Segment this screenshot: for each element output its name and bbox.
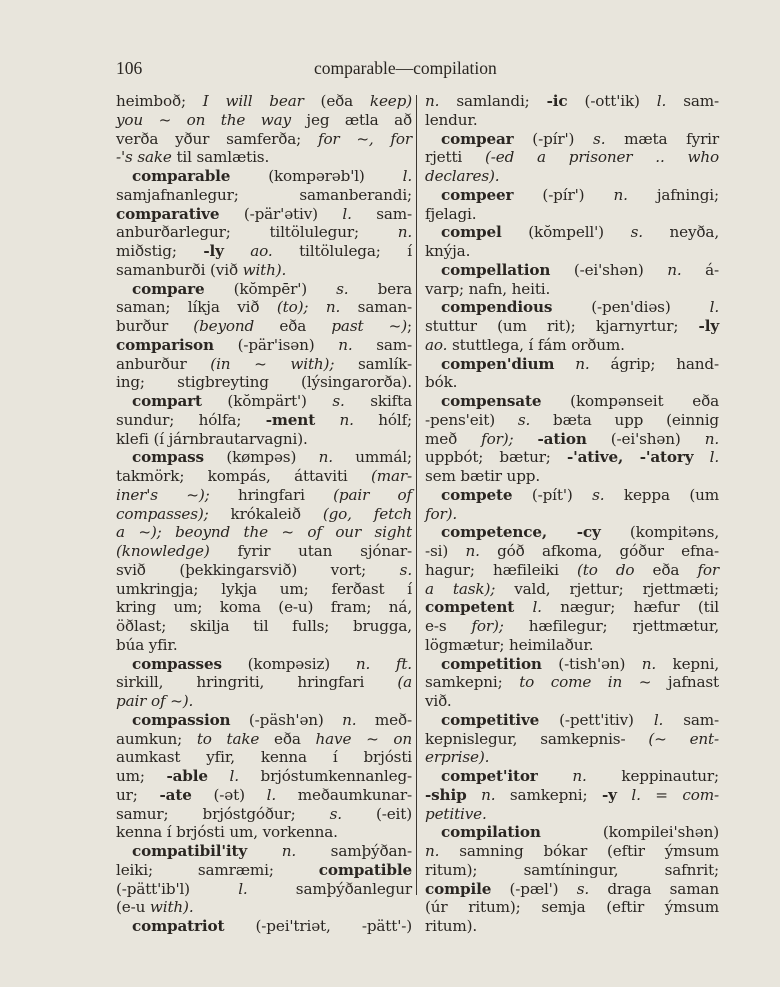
entry-line: -pens'eit) s. bæta upp (einnig [425,411,719,430]
entry-line: declares). [425,167,719,186]
left-column: heimboð; I will bear (eða keep)you ~ on … [116,92,412,936]
entry-line: varp; nafn, heiti. [425,280,719,299]
entry-line: uppbót; bætur; -'ative, -'atory l. [425,448,719,467]
entry-line: lögmætur; heimilaður. [425,636,719,655]
entry-line: a ~); beoynd the ~ of our sight [116,523,412,542]
entry-line: n. samlandi; -ic (-ott'ik) l. sam- [425,92,719,111]
entry-line: rjetti (-ed a prisoner .. who [425,148,719,167]
entry-line: ritum). [425,917,719,936]
dictionary-page: 106 comparable—compilation heimboð; I wi… [0,0,780,987]
entry-headline: compasses (kompəsiz) n. ft. [116,655,412,674]
entry-line: comparison (-pär'isən) n. sam- [116,336,412,355]
entry-headline: compatriot (-pei'triət, -pätt'-) [116,917,412,936]
entry-line: lendur. [425,111,719,130]
entry-line: heimboð; I will bear (eða keep) [116,92,412,111]
entry-line: anburður (in ~ with); samlík- [116,355,412,374]
entry-line: comparative (-pär'ətiv) l. sam- [116,205,412,224]
entry-line: búa yfir. [116,636,412,655]
entry-headline: compare (kŏmpēr') s. bera [116,280,412,299]
entry-line: kring um; koma (e-u) fram; ná, [116,598,412,617]
entry-headline: compeer (-pír') n. jafningi; [425,186,719,205]
entry-line: -'s sake til samlætis. [116,148,412,167]
entry-line: fjelagi. [425,205,719,224]
entry-line: competent l. nægur; hæfur (til [425,598,719,617]
entry-line: kenna í brjósti um, vorkenna. [116,823,412,842]
entry-line: klefi (í járnbrautarvagni). [116,430,412,449]
entry-line: compile (-pæl') s. draga saman [425,880,719,899]
entry-line: við. [425,692,719,711]
entry-headline: competence, -cy (kompitəns, [425,523,719,542]
entry-line: e-s for); hæfilegur; rjettmætur, [425,617,719,636]
entry-line: -ship n. samkepni; -y l. = com- [425,786,719,805]
entry-line: burður (beyond eða past ~); [116,317,412,336]
entry-headline: compet'itor n. keppinautur; [425,767,719,786]
entry-line: knýja. [425,242,719,261]
entry-line: leiki; samræmi; compatible [116,861,412,880]
entry-line: petitive. [425,805,719,824]
entry-headline: competition (-tish'ən) n. kepni, [425,655,719,674]
entry-line: n. samning bókar (eftir ýmsum [425,842,719,861]
entry-line: bók. [425,373,719,392]
entry-line: iner's ~); hringfari (pair of [116,486,412,505]
entry-line: samkepni; to come in ~ jafnast [425,673,719,692]
entry-line: samanburði (við with). [116,261,412,280]
entry-line: (e-u with). [116,898,412,917]
entry-line: samjafnanlegur; samanberandi; [116,186,412,205]
entry-headline: compass (kømpəs) n. ummál; [116,448,412,467]
entry-line: (knowledge) fyrir utan sjónar- [116,542,412,561]
entry-headline: compensate (kompənseit eða [425,392,719,411]
entry-line: miðstig; -ly ao. tiltölulega; í [116,242,412,261]
entry-line: ritum); samtíningur, safnrit; [425,861,719,880]
entry-line: you ~ on the way jeg ætla að [116,111,412,130]
entry-line: (-pätt'ib'l) l. samþýðanlegur [116,880,412,899]
entry-line: kepnislegur, samkepnis- (~ ent- [425,730,719,749]
entry-line: um; -able l. brjóstumkennanleg- [116,767,412,786]
entry-line: ing; stigbreyting (lýsingarorða). [116,373,412,392]
entry-line: -si) n. góð afkoma, góður efna- [425,542,719,561]
entry-line: aumkast yfir, kenna í brjósti [116,748,412,767]
entry-line: takmörk; kompás, áttaviti (mar- [116,467,412,486]
entry-headline: compart (kŏmpärt') s. skifta [116,392,412,411]
entry-line: (úr ritum); semja (eftir ýmsum [425,898,719,917]
entry-headline: compassion (-päsh'ən) n. með- [116,711,412,730]
right-column: n. samlandi; -ic (-ott'ik) l. sam-lendur… [425,92,719,936]
entry-headline: compear (-pír') s. mæta fyrir [425,130,719,149]
entry-headline: compellation (-ei'shən) n. á- [425,261,719,280]
entry-headline: competitive (-pett'itiv) l. sam- [425,711,719,730]
entry-line: a task); vald, rjettur; rjettmæti; [425,580,719,599]
entry-line: ur; -ate (-ət) l. meðaumkunar- [116,786,412,805]
entry-line: umkringja; lykja um; ferðast í [116,580,412,599]
entry-range-heading: comparable—compilation [314,58,497,79]
entry-line: með for); -ation (-ei'shən) n. [425,430,719,449]
entry-headline: compatibil'ity n. samþýðan- [116,842,412,861]
running-head: 106 comparable—compilation [116,58,718,80]
column-divider [416,95,417,895]
entry-line: aumkun; to take eða have ~ on [116,730,412,749]
entry-line: ao. stuttlega, í fám orðum. [425,336,719,355]
entry-line: svið (þekkingarsvið) vort; s. [116,561,412,580]
entry-line: sirkill, hringriti, hringfari (a [116,673,412,692]
entry-line: hagur; hæfileiki (to do eða for [425,561,719,580]
entry-headline: compen'dium n. ágrip; hand- [425,355,719,374]
entry-headline: compendious (-pen'diəs) l. [425,298,719,317]
entry-headline: comparable (kompərəb'l) l. [116,167,412,186]
entry-line: stuttur (um rit); kjarnyrtur; -ly [425,317,719,336]
entry-headline: compel (kŏmpell') s. neyða, [425,223,719,242]
entry-line: for). [425,505,719,524]
entry-line: sem bætir upp. [425,467,719,486]
entry-line: anburðarlegur; tiltölulegur; n. [116,223,412,242]
entry-line: saman; líkja við (to); n. saman- [116,298,412,317]
entry-line: pair of ~). [116,692,412,711]
entry-line: erprise). [425,748,719,767]
page-number: 106 [116,58,142,79]
entry-line: sundur; hólfa; -ment n. hólf; [116,411,412,430]
entry-line: samur; brjóstgóður; s. (-eit) [116,805,412,824]
entry-headline: compilation (kompilei'shən) [425,823,719,842]
entry-line: verða yður samferða; for ~, for [116,130,412,149]
entry-line: öðlast; skilja til fulls; brugga, [116,617,412,636]
entry-line: compasses); krókaleið (go, fetch [116,505,412,524]
entry-headline: compete (-pít') s. keppa (um [425,486,719,505]
